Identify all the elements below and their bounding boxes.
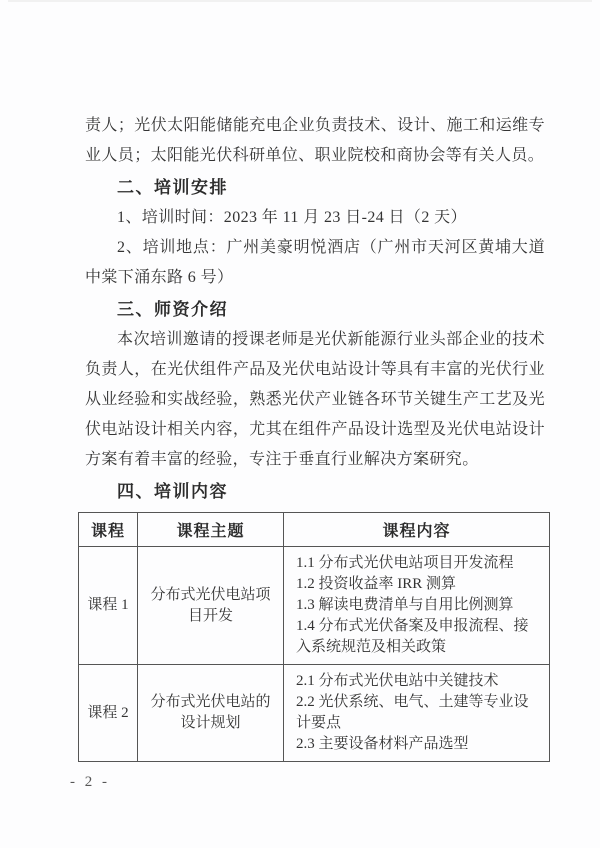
column-header-topic: 课程主题 <box>138 513 284 547</box>
course-1-content-item: 1.2 投资收益率 IRR 测算 <box>296 574 537 595</box>
heading-training-arrangement: 二、培训安排 <box>85 173 545 203</box>
heading-training-content: 四、培训内容 <box>85 477 545 507</box>
training-location-item: 2、培训地点：广州美豪明悦酒店（广州市天河区黄埔大道中棠下涌东路 6 号） <box>85 233 545 293</box>
course-2-label: 课程 2 <box>79 665 138 762</box>
paragraph-audience-continued: 责人；光伏太阳能储能充电企业负责技术、设计、施工和运维专业人员；太阳能光伏科研单… <box>85 111 545 171</box>
course-1-topic: 分布式光伏电站项目开发 <box>138 547 284 665</box>
course-1-content-item: 1.3 解读电费清单与自用比例测算 <box>296 595 537 616</box>
column-header-content: 课程内容 <box>284 513 550 547</box>
course-1-content: 1.1 分布式光伏电站项目开发流程 1.2 投资收益率 IRR 测算 1.3 解… <box>284 547 550 665</box>
course-2-content-item: 2.2 光伏系统、电气、土建等专业设计要点 <box>296 692 537 734</box>
scanned-document-page: 责人；光伏太阳能储能充电企业负责技术、设计、施工和运维专业人员；太阳能光伏科研单… <box>0 0 600 848</box>
page-number: - 2 - <box>70 774 110 791</box>
document-content: 责人；光伏太阳能储能充电企业负责技术、设计、施工和运维专业人员；太阳能光伏科研单… <box>85 111 545 762</box>
training-time-item: 1、培训时间：2023 年 11 月 23 日-24 日（2 天） <box>85 203 545 233</box>
course-2-content: 2.1 分布式光伏电站中关键技术 2.2 光伏系统、电气、土建等专业设计要点 2… <box>284 665 550 762</box>
scan-edge-artifact <box>8 0 592 2</box>
heading-teacher-introduction: 三、师资介绍 <box>85 295 545 325</box>
course-2-topic: 分布式光伏电站的设计规划 <box>138 665 284 762</box>
table-header-row: 课程 课程主题 课程内容 <box>79 513 550 547</box>
course-1-label: 课程 1 <box>79 547 138 665</box>
course-table: 课程 课程主题 课程内容 课程 1 分布式光伏电站项目开发 1.1 分布式光伏电… <box>78 512 550 762</box>
table-row-course-2: 课程 2 分布式光伏电站的设计规划 2.1 分布式光伏电站中关键技术 2.2 光… <box>79 665 550 762</box>
course-1-content-item: 1.4 分布式光伏备案及申报流程、接入系统规范及相关政策 <box>296 616 537 658</box>
course-2-content-item: 2.1 分布式光伏电站中关键技术 <box>296 671 537 692</box>
column-header-course: 课程 <box>79 513 138 547</box>
course-1-content-item: 1.1 分布式光伏电站项目开发流程 <box>296 553 537 574</box>
table-row-course-1: 课程 1 分布式光伏电站项目开发 1.1 分布式光伏电站项目开发流程 1.2 投… <box>79 547 550 665</box>
course-2-content-item: 2.3 主要设备材料产品选型 <box>296 734 537 755</box>
paragraph-teacher-introduction: 本次培训邀请的授课老师是光伏新能源行业头部企业的技术负责人，在光伏组件产品及光伏… <box>85 325 545 475</box>
